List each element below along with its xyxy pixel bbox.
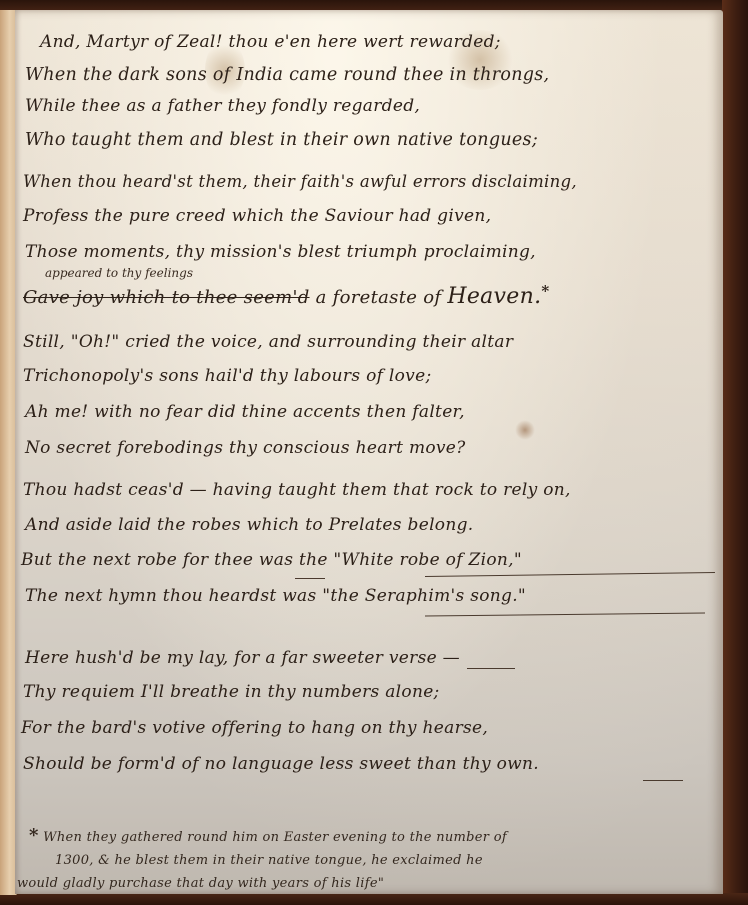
poem-line: Thou hadst ceas'd — having taught them t… [23,480,571,500]
poem-line-with-strikeout: Gave joy which to thee seem'd a foretast… [23,282,550,309]
poem-line: When the dark sons of India came round t… [25,65,549,85]
poem-line: Thy requiem I'll breathe in thy numbers … [23,682,440,702]
poem-line: Profess the pure creed which the Saviour… [23,206,491,226]
poem-line: The next hymn thou heardst was "the Sera… [25,586,526,606]
footnote-line: 1300, & he blest them in their native to… [55,853,483,868]
wood-background-bottom [0,893,748,905]
underline-stroke [295,578,325,579]
poem-line: And aside laid the robes which to Prelat… [25,515,473,535]
poem-line: While thee as a father they fondly regar… [25,96,420,116]
poem-line: Ah me! with no fear did thine accents th… [25,402,465,422]
paper-stain [515,420,535,440]
poem-line: Those moments, thy mission's blest trium… [25,242,536,262]
poem-line: But the next robe for thee was the "Whit… [21,550,522,570]
footnote-text: When they gathered round him on Easter e… [43,830,507,845]
underline-stroke [467,668,515,669]
wood-background-right [722,0,748,905]
footnote-marker: * [29,825,39,846]
footnote-marker: * [541,282,549,300]
poem-line: For the bard's votive offering to hang o… [21,718,488,738]
poem-line: Here hush'd be my lay, for a far sweeter… [25,648,460,668]
underline-stroke [425,613,705,617]
poem-line: Still, "Oh!" cried the voice, and surrou… [23,332,513,352]
struck-text: Gave joy which to thee seem'd [23,287,310,308]
footnote-line: would gladly purchase that day with year… [17,876,384,891]
poem-line: Should be form'd of no language less swe… [23,754,539,774]
poem-line: And, Martyr of Zeal! thou e'en here wert… [40,32,501,52]
interlinear-insertion: appeared to thy feelings [45,266,193,280]
footnote-line: * When they gathered round him on Easter… [29,825,507,846]
poem-line: Trichonopoly's sons hail'd thy labours o… [23,366,431,386]
poem-line: When thou heard'st them, their faith's a… [23,172,577,191]
underline-stroke [643,780,683,781]
poem-line: Who taught them and blest in their own n… [25,130,538,150]
poem-line: No secret forebodings thy conscious hear… [25,438,466,458]
manuscript-page: And, Martyr of Zeal! thou e'en here wert… [15,10,723,894]
underline-stroke [425,572,715,577]
line-remainder: a foretaste of Heaven.* [316,287,550,308]
poem-line-text: But the next robe for thee was the "Whit… [21,550,522,570]
